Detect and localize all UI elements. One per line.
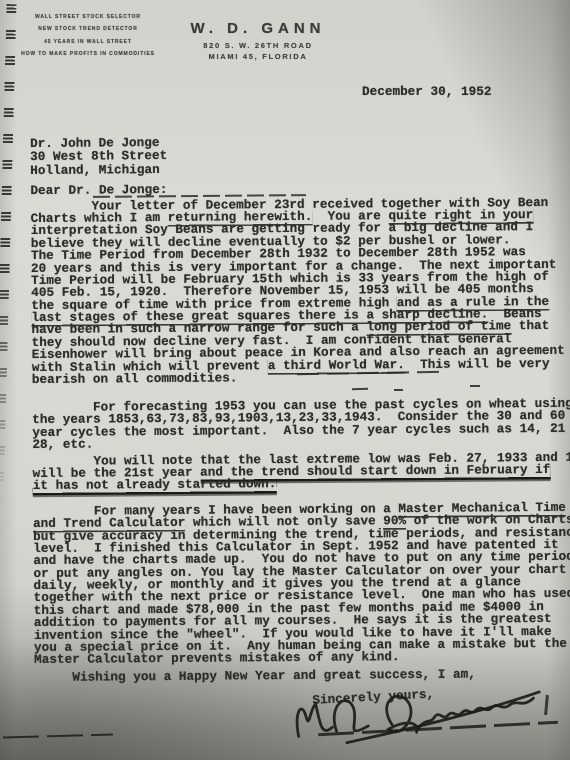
paragraph: You will note that the last extreme low … — [33, 451, 570, 493]
recipient-address-line: Holland, Michigan — [30, 159, 570, 177]
letterhead-book-title: HOW TO MAKE PROFITS IN COMMODITIES — [18, 48, 158, 60]
pen-mark-bottom-line-left — [3, 734, 113, 739]
letterhead-center-block: W. D. GANN 820 S. W. 26TH ROAD MIAMI 45,… — [168, 20, 348, 61]
typed-content: Dr. John De Jonge30 West 8th StreetHolla… — [30, 132, 570, 708]
pen-mark-dash — [470, 385, 480, 387]
letterhead-city-address: MIAMI 45, FLORIDA — [168, 52, 348, 61]
letterhead-book-title: NEW STOCK TREND DETECTOR — [18, 23, 158, 35]
pen-mark-dash — [394, 389, 403, 391]
letterhead-book-title: WALL STREET STOCK SELECTOR — [18, 11, 158, 23]
letterhead-book-title: 45 YEARS IN WALL STREET — [18, 36, 158, 48]
scanned-letter-page: WALL STREET STOCK SELECTORNEW STOCK TREN… — [0, 0, 570, 760]
paragraph: Your letter of December 23rd received to… — [30, 196, 570, 387]
letterhead-book-titles: WALL STREET STOCK SELECTORNEW STOCK TREN… — [18, 11, 158, 61]
date-line: December 30, 1952 — [362, 84, 491, 99]
signature-handwriting — [287, 675, 561, 756]
recipient-address-block: Dr. John De Jonge30 West 8th StreetHolla… — [30, 132, 570, 177]
letterhead-name: W. D. GANN — [168, 20, 348, 37]
letterhead-street-address: 820 S. W. 26TH ROAD — [168, 41, 348, 50]
letter-body: Your letter of December 23rd received to… — [30, 196, 570, 667]
paragraph: For forecasting 1953 you can use the pas… — [32, 397, 570, 451]
paragraph: For many years I have been working on a … — [33, 501, 570, 667]
spiral-binding-marks — [0, 4, 17, 504]
letter-line: Master Calculator prevents mistakes of a… — [34, 650, 570, 667]
